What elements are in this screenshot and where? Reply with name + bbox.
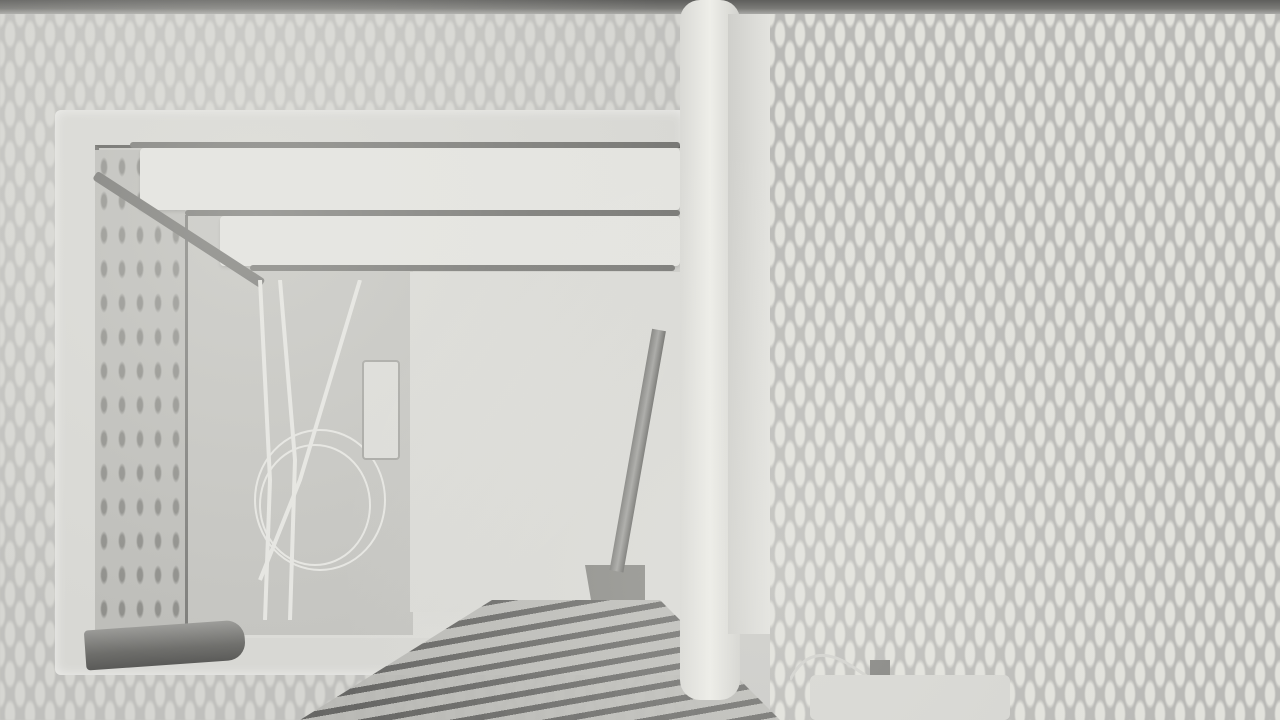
frosted-device xyxy=(790,640,1040,720)
frosted-grating-slab xyxy=(140,148,680,210)
frosted-post-edge xyxy=(728,14,770,634)
frosted-grating-slab xyxy=(220,216,680,266)
support-beam xyxy=(250,265,675,271)
top-rail xyxy=(0,0,1280,14)
junction-box xyxy=(362,360,400,460)
right-grating-panel xyxy=(770,14,1280,720)
device-body xyxy=(810,675,1010,720)
support-beam xyxy=(130,142,680,148)
photo-scene xyxy=(0,0,1280,720)
support-beam xyxy=(185,210,680,216)
